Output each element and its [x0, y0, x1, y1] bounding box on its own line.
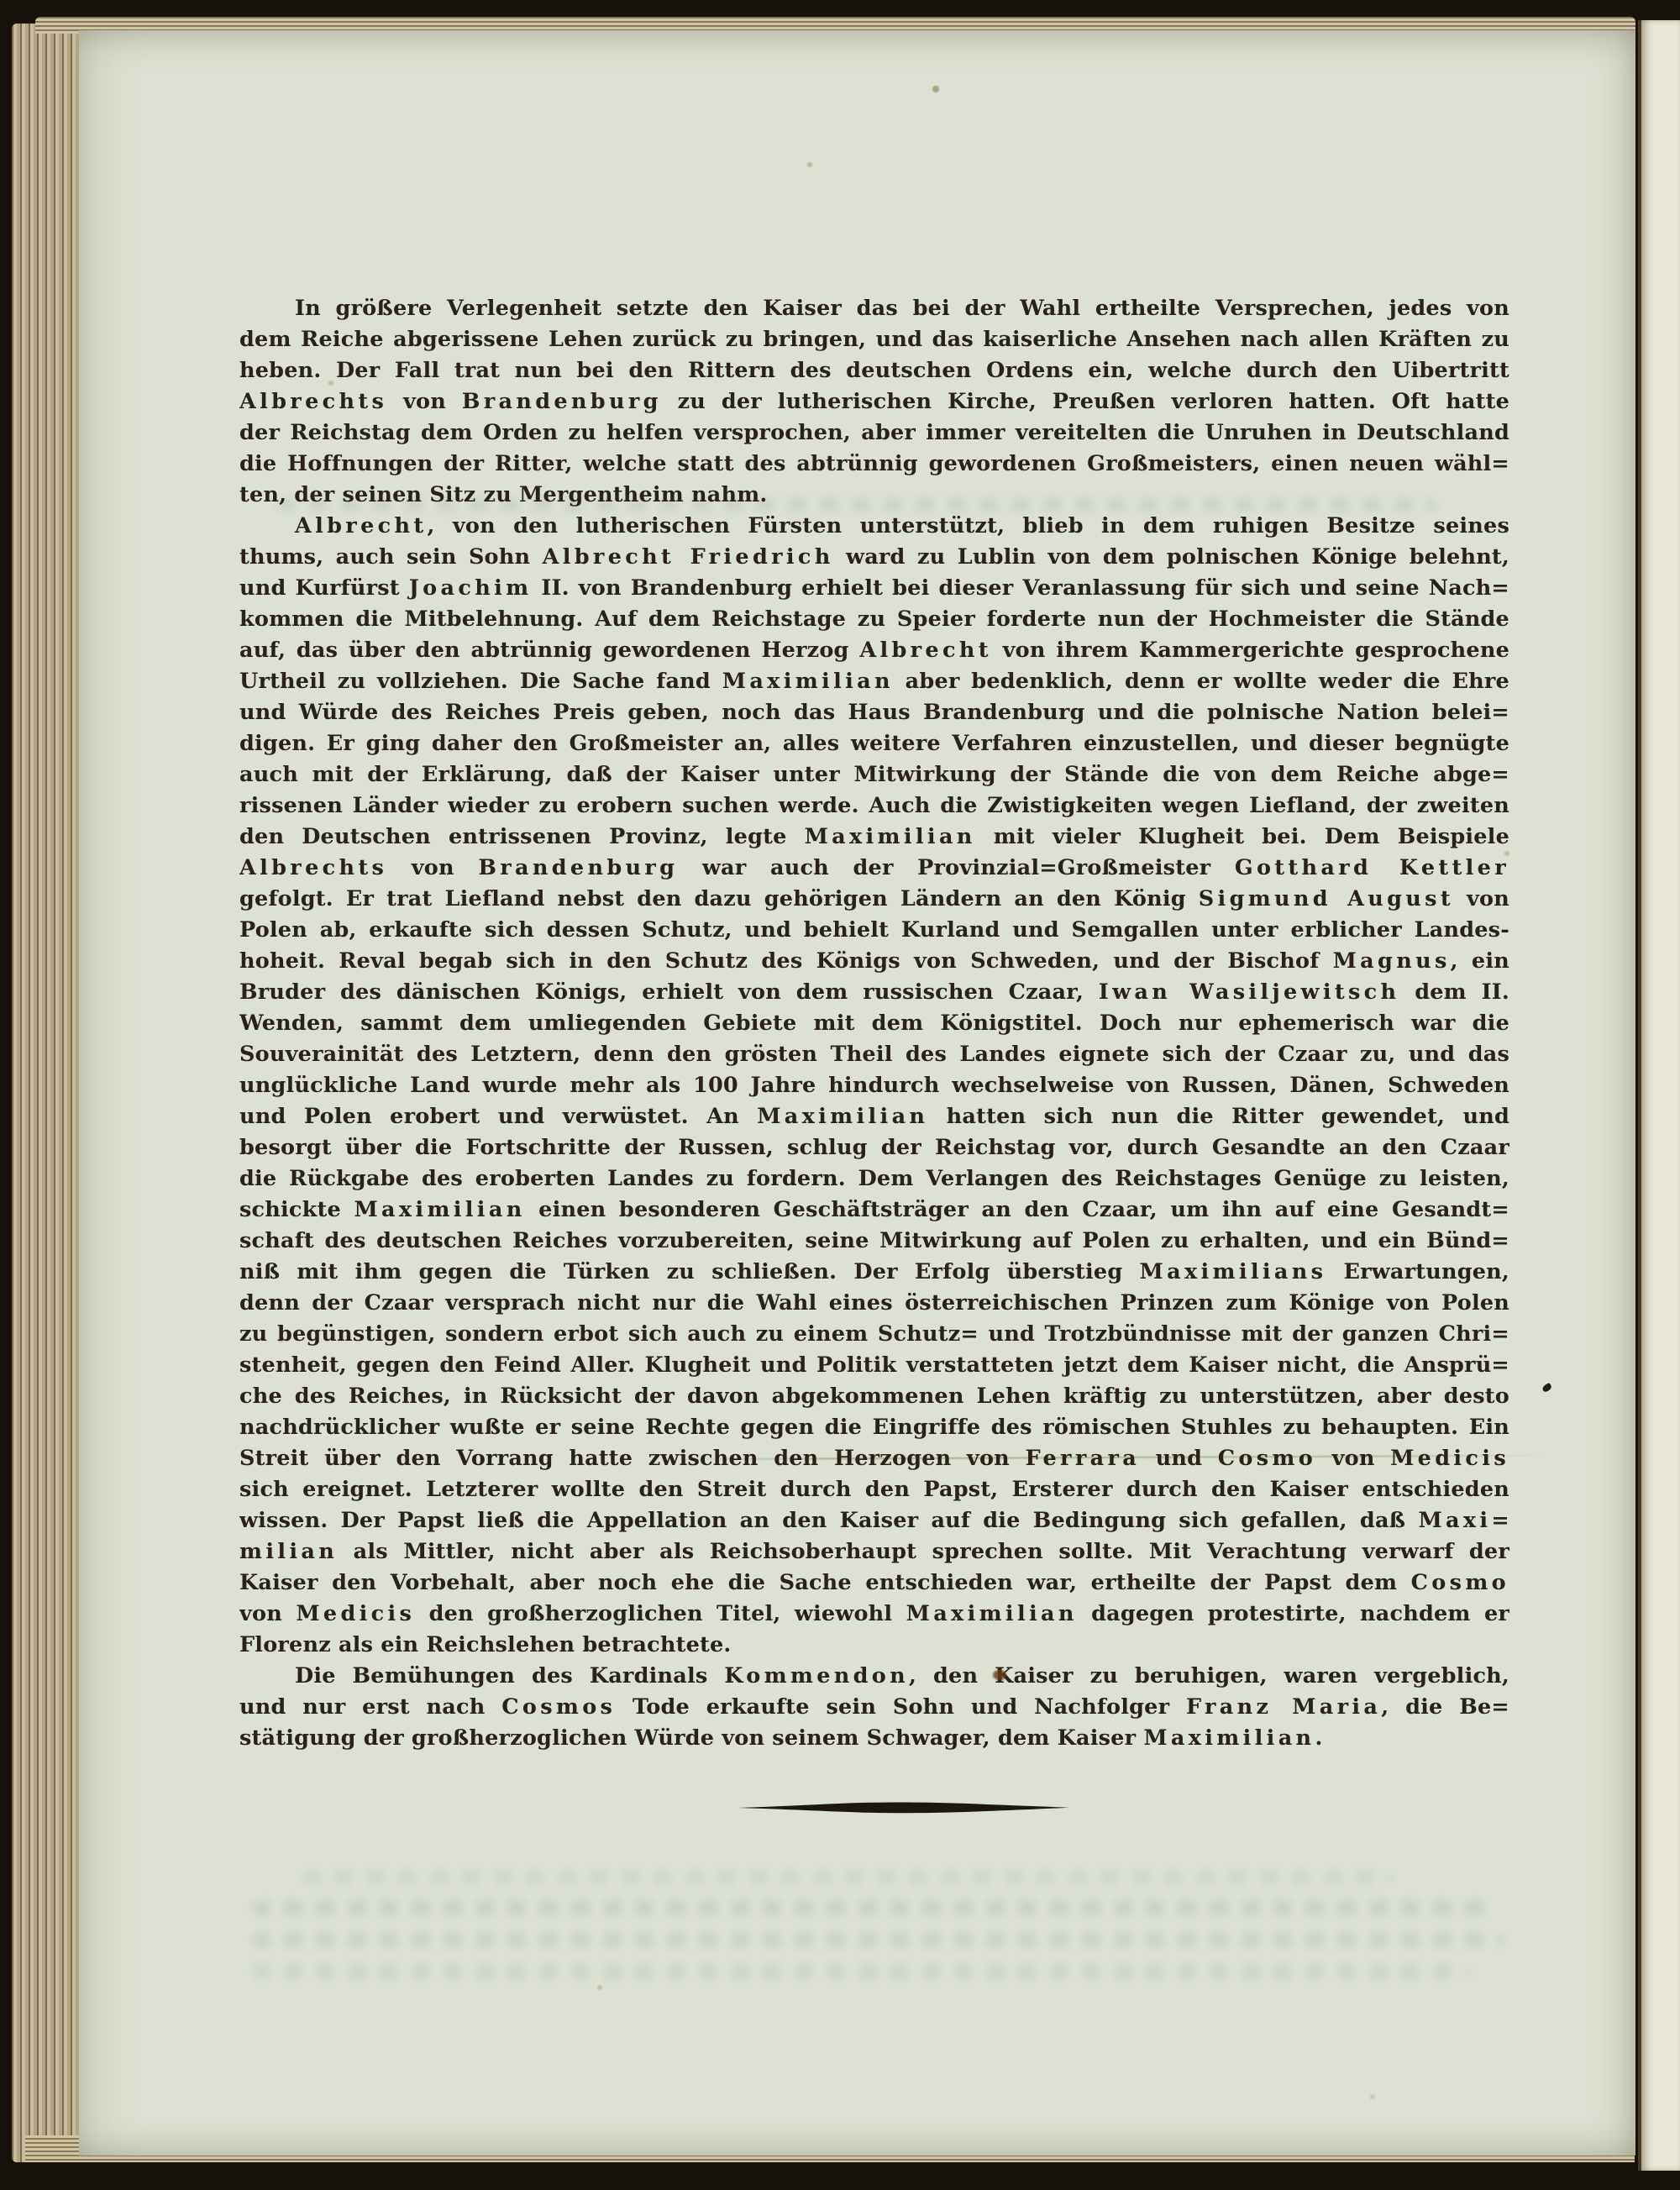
- text-line: und Kurfürst Joachim II. von Brandenburg…: [239, 573, 1509, 604]
- text-line: Kaiser den Vorbehalt, aber noch ehe die …: [239, 1568, 1509, 1599]
- text-line: Streit über den Vorrang hatte zwischen d…: [239, 1443, 1509, 1474]
- text-line: Albrechts von Brandenburg war auch der P…: [239, 853, 1509, 884]
- paragraph: Die Bemühungen des Kardinals Kommendon, …: [239, 1661, 1509, 1754]
- letterspaced-name: Brandenburg: [478, 855, 678, 880]
- bleedthrough-text-shadow: [302, 1870, 1394, 1885]
- text-line: auf, das über den abtrünnig gewordenen H…: [239, 635, 1509, 666]
- text-line: gefolgt. Er trat Liefland nebst den dazu…: [239, 884, 1509, 915]
- ink-smudge: [993, 1670, 1006, 1680]
- text-line: hoheit. Reval begab sich in den Schutz d…: [239, 946, 1509, 977]
- swelled-rule-graphic: [735, 1801, 1071, 1814]
- letterspaced-name: Maxi: [1418, 1508, 1491, 1533]
- letterspaced-name: Albrecht: [859, 638, 992, 663]
- letterspaced-name: milian: [239, 1539, 338, 1564]
- text-line: Bruder des dänischen Königs, erhielt von…: [239, 977, 1509, 1008]
- text-line: Souverainität des Letztern, denn den grö…: [239, 1039, 1509, 1070]
- text-line: In größere Verlegenheit setzte den Kaise…: [239, 293, 1509, 324]
- text-line: denn der Czaar versprach nicht nur die W…: [239, 1288, 1509, 1319]
- text-line: schaft des deutschen Reiches vorzubereit…: [239, 1226, 1509, 1257]
- text-line: Urtheil zu vollziehen. Die Sache fand Ma…: [239, 666, 1509, 697]
- text-line: ten, der seinen Sitz zu Mergentheim nahm…: [239, 480, 1509, 511]
- text-line: stätigung der großherzoglichen Würde von…: [239, 1723, 1509, 1754]
- text-line: che des Reiches, in Rücksicht der davon …: [239, 1381, 1509, 1412]
- text-line: Polen ab, erkaufte sich dessen Schutz, u…: [239, 915, 1509, 946]
- text-line: der Reichstag dem Orden zu helfen verspr…: [239, 418, 1509, 449]
- letterspaced-name: Sigmund August: [1199, 886, 1454, 911]
- text-line: besorgt über die Fortschritte der Russen…: [239, 1132, 1509, 1163]
- text-line: und Würde des Reiches Preis geben, noch …: [239, 697, 1509, 728]
- text-line: sich ereignet. Letzterer wollte den Stre…: [239, 1474, 1509, 1505]
- text-line: Wenden, sammt dem umliegenden Gebiete mi…: [239, 1008, 1509, 1039]
- text-line: digen. Er ging daher den Großmeister an,…: [239, 728, 1509, 759]
- text-line: stenheit, gegen den Feind Aller. Klughei…: [239, 1350, 1509, 1381]
- letterspaced-name: Maximilians: [1140, 1259, 1327, 1284]
- text-line: die Hoffnungen der Ritter, welche statt …: [239, 449, 1509, 480]
- scan-background: { "colors": { "ink": "#2a2118", "paper":…: [0, 0, 1680, 2190]
- letterspaced-name: Kommendon: [724, 1663, 909, 1688]
- letterspaced-name: Joachim: [409, 575, 533, 601]
- text-block: In größere Verlegenheit setzte den Kaise…: [239, 293, 1509, 1754]
- text-line: zu begünstigen, sondern erbot sich auch …: [239, 1319, 1509, 1350]
- letterspaced-name: Franz Maria: [1186, 1694, 1381, 1720]
- page-stack-edge-left: [12, 24, 82, 2162]
- letterspaced-name: Medicis: [296, 1601, 415, 1626]
- letterspaced-name: Maximilian: [1143, 1725, 1315, 1751]
- text-line: Die Bemühungen des Kardinals Kommendon, …: [239, 1661, 1509, 1692]
- text-line: die Rückgabe des eroberten Landes zu for…: [239, 1163, 1509, 1195]
- letterspaced-name: Albrecht: [295, 513, 428, 538]
- text-line: milian als Mittler, nicht aber als Reich…: [239, 1536, 1509, 1568]
- paragraph: Albrecht, von den lutherischen Fürsten u…: [239, 511, 1509, 1661]
- letterspaced-name: Maximilian: [906, 1601, 1078, 1626]
- text-line: thums, auch sein Sohn Albrecht Friedrich…: [239, 542, 1509, 573]
- text-line: von Medicis den großherzoglichen Titel, …: [239, 1599, 1509, 1630]
- text-line: wissen. Der Papst ließ die Appellation a…: [239, 1505, 1509, 1536]
- text-line: und Polen erobert und verwüstet. An Maxi…: [239, 1101, 1509, 1132]
- letterspaced-name: Iwan Wasiljewitsch: [1099, 979, 1400, 1005]
- letterspaced-name: Maximilian: [722, 669, 894, 694]
- text-line: niß mit ihm gegen die Türken zu schließe…: [239, 1257, 1509, 1288]
- section-divider-rule: [735, 1801, 1071, 1814]
- paragraph: In größere Verlegenheit setzte den Kaise…: [239, 293, 1509, 511]
- letterspaced-name: Albrechts: [239, 855, 387, 880]
- bleedthrough-text-shadow: [252, 1932, 1504, 1947]
- text-line: auch mit der Erklärung, daß der Kaiser u…: [239, 759, 1509, 790]
- letterspaced-name: Maximilian: [805, 824, 976, 849]
- letterspaced-name: Cosmo: [1218, 1446, 1316, 1471]
- text-line: kommen die Mitbelehnung. Auf dem Reichst…: [239, 604, 1509, 635]
- letterspaced-name: Magnus: [1333, 948, 1451, 974]
- text-line: und nur erst nach Cosmos Tode erkaufte s…: [239, 1692, 1509, 1723]
- letterspaced-name: Medicis: [1390, 1446, 1509, 1471]
- letterspaced-name: Ferrara: [1025, 1446, 1140, 1471]
- letterspaced-name: Cosmos: [501, 1694, 616, 1720]
- text-line: rissenen Länder wieder zu erobern suchen…: [239, 790, 1509, 822]
- text-line: unglückliche Land wurde mehr als 100 Jah…: [239, 1070, 1509, 1101]
- letterspaced-name: Albrecht Friedrich: [543, 544, 834, 570]
- text-line: schickte Maximilian einen besonderen Ges…: [239, 1195, 1509, 1226]
- text-line: dem Reiche abgerissene Lehen zurück zu b…: [239, 324, 1509, 355]
- bleedthrough-text-shadow: [252, 1964, 1470, 1979]
- text-line: heben. Der Fall trat nun bei den Rittern…: [239, 355, 1509, 386]
- letterspaced-name: Brandenburg: [462, 389, 662, 414]
- text-line: nachdrücklicher wußte er seine Rechte ge…: [239, 1412, 1509, 1443]
- letterspaced-name: Cosmo: [1411, 1570, 1509, 1595]
- letterspaced-name: Gotthard Kettler: [1235, 855, 1509, 880]
- text-line: Florenz als ein Reichslehen betrachtete.: [239, 1630, 1509, 1661]
- letterspaced-name: Maximilian: [757, 1104, 928, 1129]
- text-line: Albrecht, von den lutherischen Fürsten u…: [239, 511, 1509, 542]
- letterspaced-name: Albrechts: [239, 389, 387, 414]
- letterspaced-name: Maximilian: [354, 1197, 525, 1222]
- facing-page-edge: [1638, 20, 1680, 2171]
- text-line: Albrechts von Brandenburg zu der lutheri…: [239, 386, 1509, 418]
- bleedthrough-text-shadow: [252, 1900, 1495, 1915]
- text-line: den Deutschen entrissenen Provinz, legte…: [239, 822, 1509, 853]
